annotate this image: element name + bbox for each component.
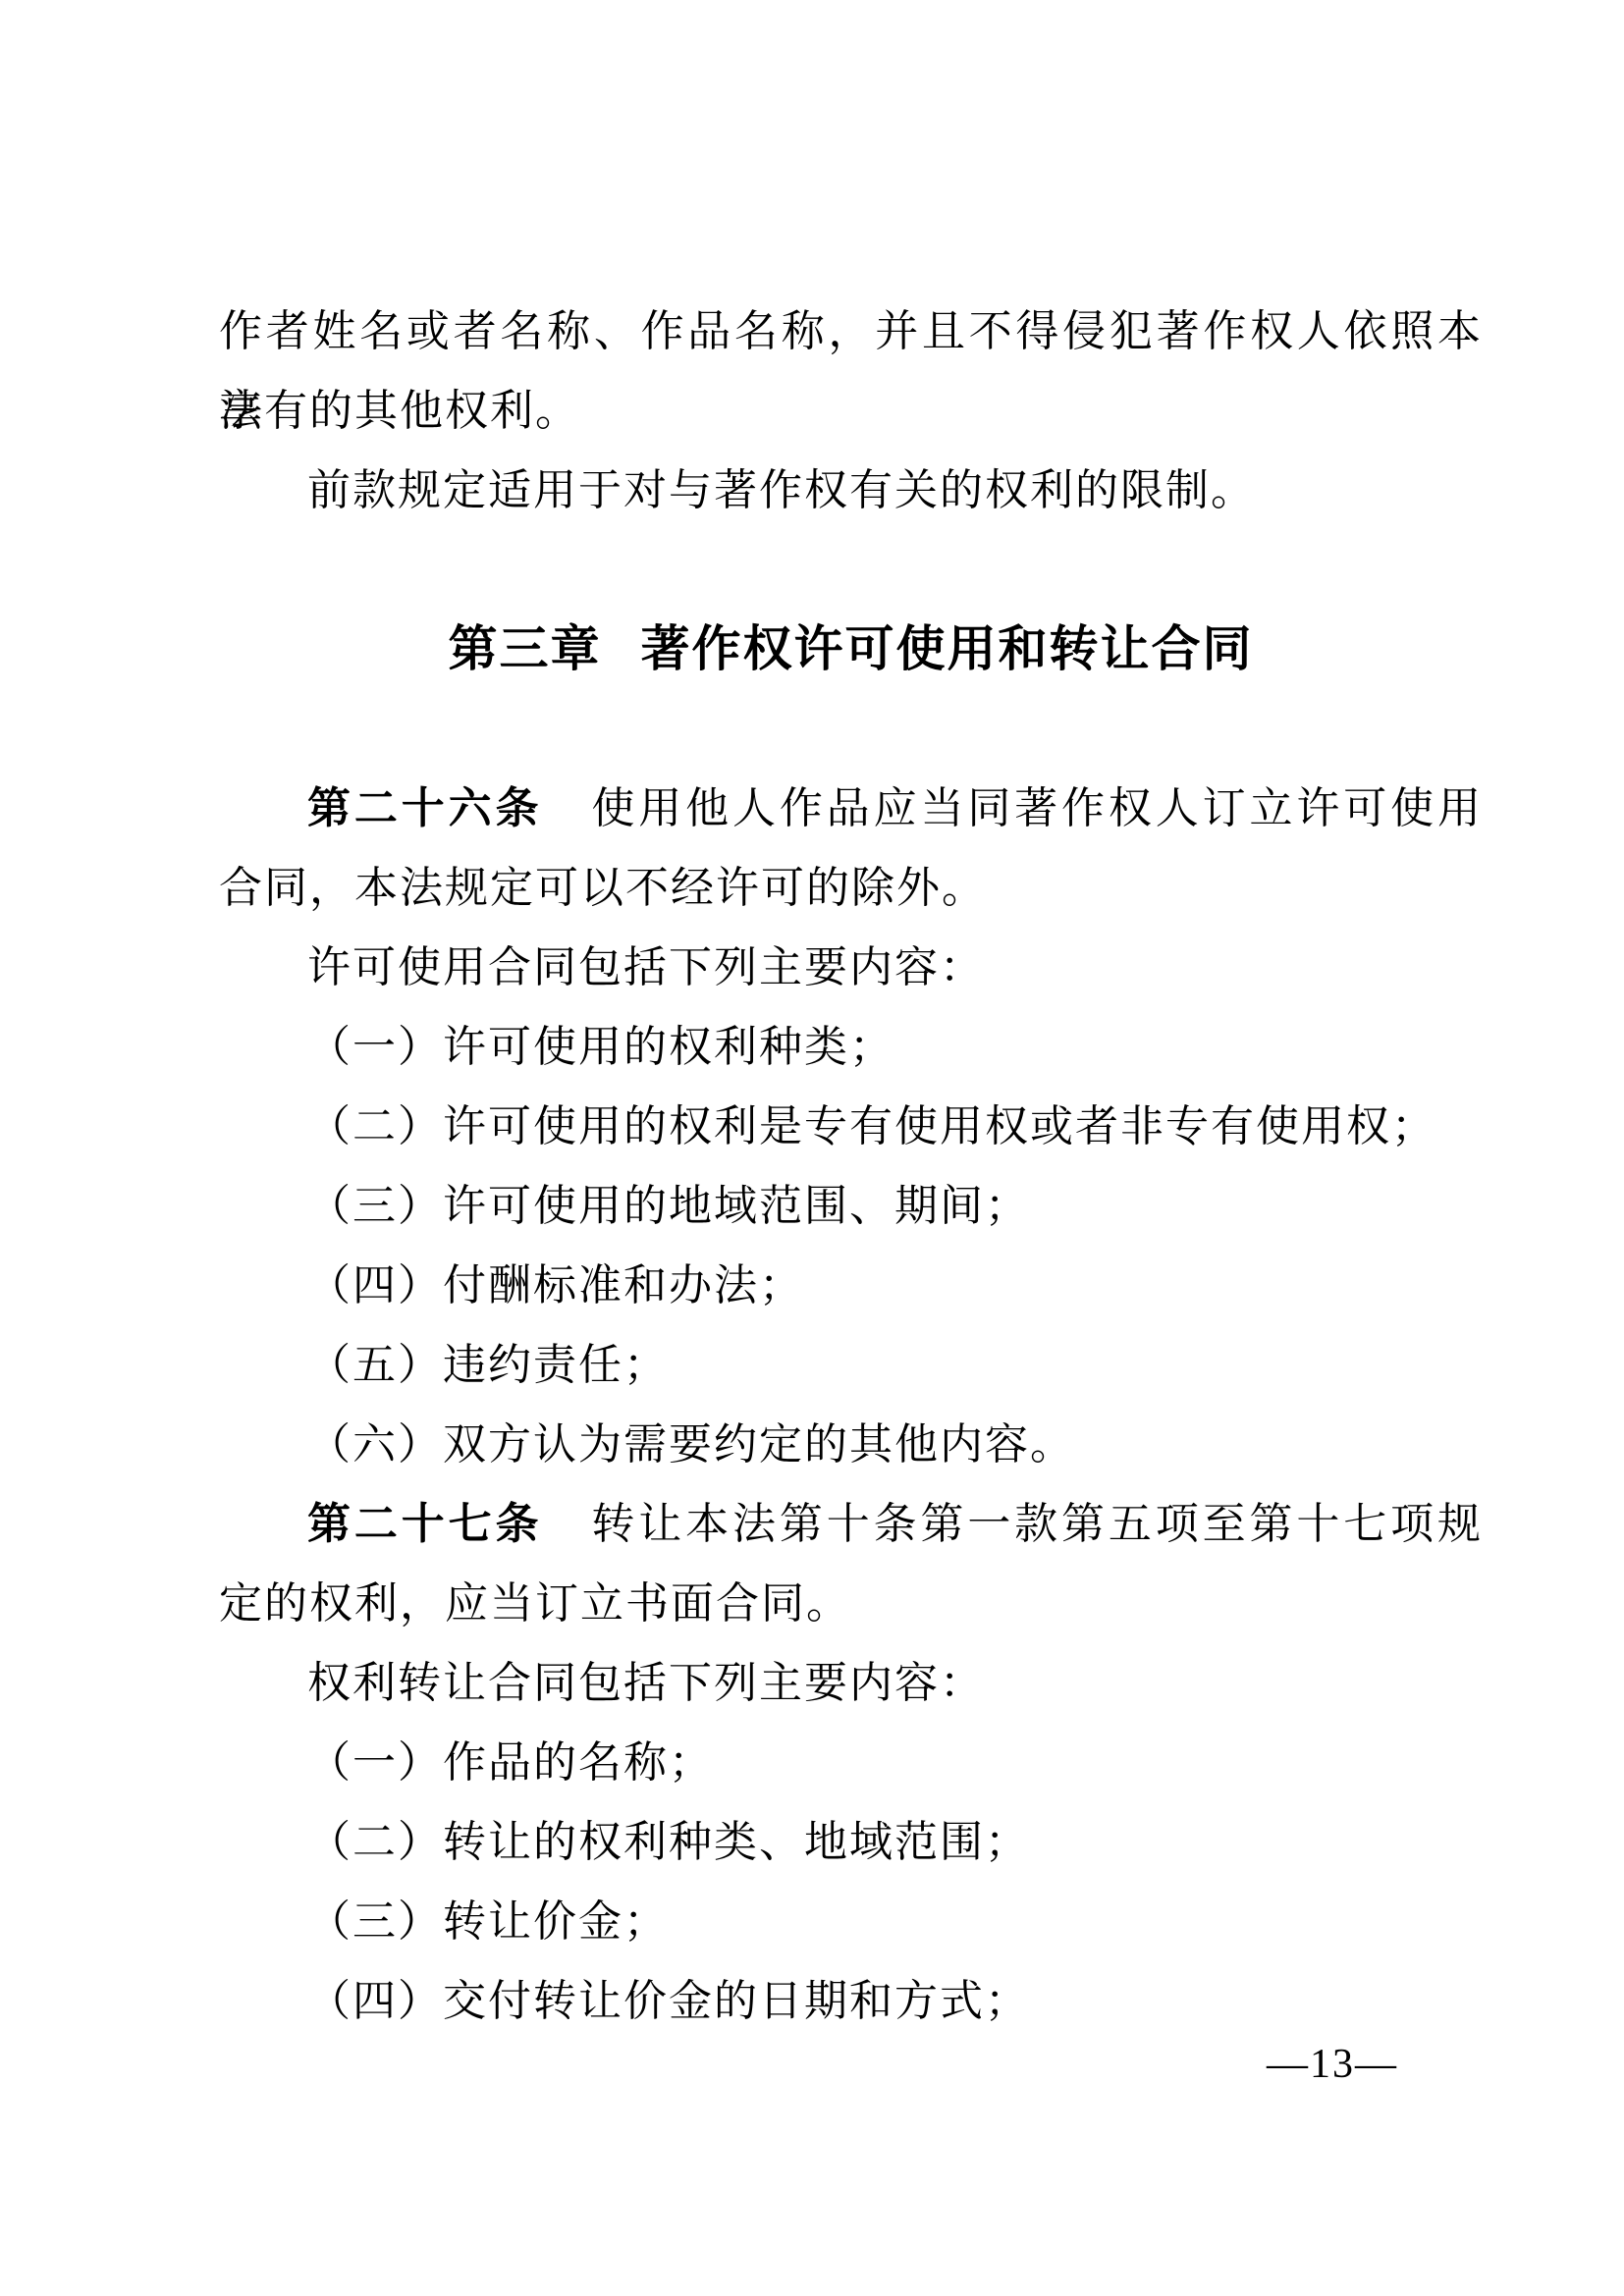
spacer	[219, 689, 1483, 769]
list-item: （二）许可使用的权利是专有使用权或者非专有使用权；	[219, 1087, 1483, 1166]
article-number: 第二十七条	[307, 1500, 542, 1548]
chapter-number: 第三章	[449, 621, 602, 676]
chapter-heading: 第三章著作权许可使用和转让合同	[219, 610, 1483, 689]
list-item: （一）许可使用的权利种类；	[219, 1007, 1483, 1087]
spacer	[219, 530, 1483, 610]
list-item: （三）转让价金；	[219, 1882, 1483, 1961]
body-line: 前款规定适用于对与著作权有关的权利的限制。	[219, 451, 1483, 530]
document-body: 作者姓名或者名称、作品名称，并且不得侵犯著作权人依照本法 享有的其他权利。 前款…	[219, 292, 1483, 2041]
list-item: （六）双方认为需要约定的其他内容。	[219, 1405, 1483, 1484]
page: { "page": { "number_label": "—13—" }, "d…	[0, 0, 1624, 2296]
body-line: 权利转让合同包括下列主要内容：	[219, 1643, 1483, 1723]
list-item: （四）付酬标准和办法；	[219, 1246, 1483, 1325]
article-text: 转让本法第十条第一款第五项至第十七项规	[591, 1500, 1483, 1548]
body-line: 合同，本法规定可以不经许可的除外。	[219, 848, 1483, 928]
list-item: （四）交付转让价金的日期和方式；	[219, 1961, 1483, 2041]
list-item: （五）违约责任；	[219, 1325, 1483, 1405]
body-line: 许可使用合同包括下列主要内容：	[219, 928, 1483, 1007]
body-line: 作者姓名或者名称、作品名称，并且不得侵犯著作权人依照本法	[219, 292, 1483, 371]
article-text: 使用他人作品应当同著作权人订立许可使用	[591, 784, 1483, 832]
article-line: 第二十六条使用他人作品应当同著作权人订立许可使用	[219, 769, 1483, 848]
list-item: （三）许可使用的地域范围、期间；	[219, 1166, 1483, 1246]
body-line: 享有的其他权利。	[219, 371, 1483, 451]
page-number: —13—	[1267, 2040, 1398, 2089]
article-number: 第二十六条	[307, 784, 542, 832]
article-line: 第二十七条转让本法第十条第一款第五项至第十七项规	[219, 1484, 1483, 1564]
body-line: 定的权利，应当订立书面合同。	[219, 1564, 1483, 1643]
chapter-title: 著作权许可使用和转让合同	[641, 621, 1254, 676]
list-item: （一）作品的名称；	[219, 1723, 1483, 1802]
list-item: （二）转让的权利种类、地域范围；	[219, 1802, 1483, 1882]
